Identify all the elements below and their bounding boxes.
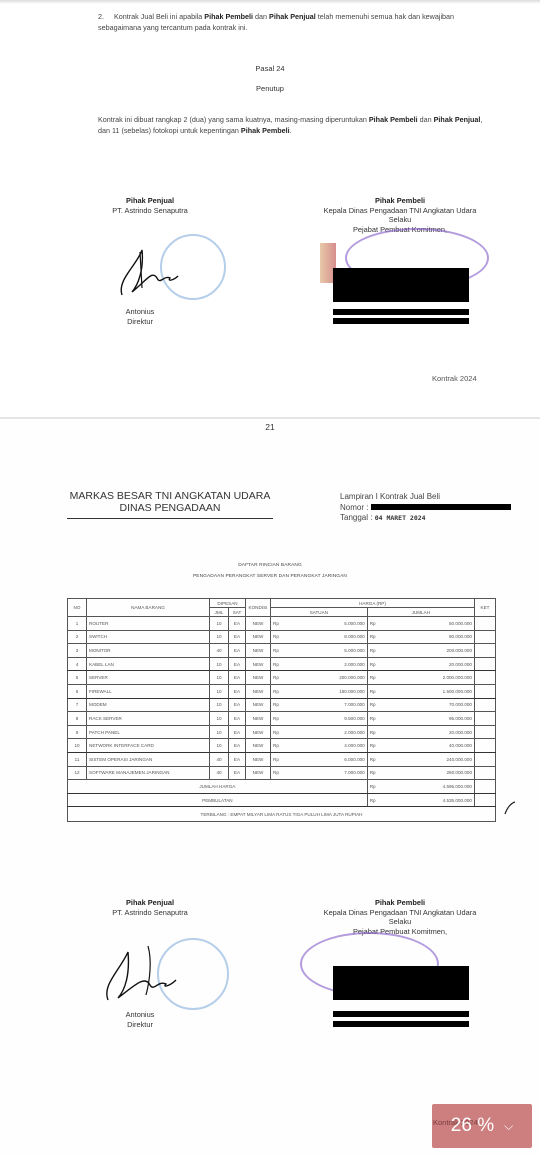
- row-currency: Rp: [271, 752, 286, 766]
- row-jml: 40: [210, 752, 229, 766]
- row-ket: [475, 725, 496, 739]
- row-nama: RACK SERVER: [87, 712, 210, 726]
- row-currency: Rp: [367, 712, 382, 726]
- row-ket: [475, 698, 496, 712]
- row-kondisi: NEW: [246, 684, 271, 698]
- row-satuan: 200.000.000: [285, 671, 367, 685]
- row-currency: Rp: [271, 698, 286, 712]
- row-ket: [475, 657, 496, 671]
- row-jumlah: 95.000.000: [382, 712, 475, 726]
- row-kondisi: NEW: [246, 657, 271, 671]
- zoom-level-button[interactable]: Kontrak 2024 26 % ⌵: [432, 1104, 532, 1148]
- col-kondisi: KONDISI: [246, 599, 271, 617]
- seller-title: Direktur: [100, 1020, 180, 1030]
- row-sat: EA: [229, 617, 246, 631]
- clause-number: 2.: [98, 12, 104, 21]
- pasal-title: Penutup: [0, 84, 540, 93]
- row-jumlah: 20.000.000: [382, 725, 475, 739]
- row-nama: SOFTWARE MANAJEMEN JARINGAN: [87, 766, 210, 780]
- row-jumlah: 50.000.000: [382, 617, 475, 631]
- row-ket: [475, 630, 496, 644]
- buyer-heading: Pihak Pembeli: [300, 898, 500, 908]
- row-kondisi: NEW: [246, 630, 271, 644]
- tanggal-value: 04 MARET 2024: [375, 514, 426, 522]
- org-line1: MARKAS BESAR TNI ANGKATAN UDARA: [60, 490, 280, 502]
- row-ket: [475, 671, 496, 685]
- buyer-heading-block-2: Pihak Pembeli Kepala Dinas Pengadaan TNI…: [300, 898, 500, 936]
- items-table-body: 1ROUTER10EANEWRp5.000.000Rp50.000.0002SW…: [68, 617, 496, 780]
- row-currency: Rp: [271, 739, 286, 753]
- seller-signature: [112, 240, 182, 302]
- table-row: 4KABEL LAN10EANEWRp2.000.000Rp20.000.000: [68, 657, 496, 671]
- seller-signer-2: Antonius Direktur: [100, 1010, 180, 1029]
- row-satuan: 2.000.000: [285, 657, 367, 671]
- row-no: 8: [68, 712, 87, 726]
- row-sat: EA: [229, 712, 246, 726]
- row-jumlah: 70.000.000: [382, 698, 475, 712]
- table-row: 12SOFTWARE MANAJEMEN JARINGAN40EANEWRp7.…: [68, 766, 496, 780]
- pembulatan-value: 4.535.000.000: [382, 793, 475, 807]
- table-row: 11SISTEM OPERASI JARINGAN40EANEWRp6.000.…: [68, 752, 496, 766]
- row-nama: PATCH PANEL: [87, 725, 210, 739]
- row-jml: 10: [210, 617, 229, 631]
- closing-paragraph: Kontrak ini dibuat rangkap 2 (dua) yang …: [98, 114, 486, 136]
- row-sat: EA: [229, 671, 246, 685]
- jumlah-harga-value: 4.595.000.000: [382, 780, 475, 794]
- row-nama: ROUTER: [87, 617, 210, 631]
- row-satuan: 5.000.000: [285, 617, 367, 631]
- table-row: 9PATCH PANEL10EANEWRp2.000.000Rp20.000.0…: [68, 725, 496, 739]
- row-kondisi: NEW: [246, 752, 271, 766]
- row-sat: EA: [229, 698, 246, 712]
- row-currency: Rp: [367, 644, 382, 658]
- row-kondisi: NEW: [246, 739, 271, 753]
- reference-block: Lampiran I Kontrak Jual Beli Nomor : Tan…: [340, 492, 511, 524]
- row-nama: FIREWALL: [87, 684, 210, 698]
- row-kondisi: NEW: [246, 712, 271, 726]
- row-currency: Rp: [367, 684, 382, 698]
- row-jml: 10: [210, 657, 229, 671]
- zoom-level-value: 26 %: [451, 1115, 494, 1137]
- row-sat: EA: [229, 766, 246, 780]
- row-ket: [475, 644, 496, 658]
- table-row: 7MODEM10EANEWRp7.000.000Rp70.000.000: [68, 698, 496, 712]
- row-currency: Rp: [367, 657, 382, 671]
- row-nama: SERVER: [87, 671, 210, 685]
- row-currency: Rp: [367, 752, 382, 766]
- redacted-signature: [333, 268, 469, 302]
- row-currency: Rp: [271, 684, 286, 698]
- row-jumlah: 20.000.000: [382, 657, 475, 671]
- row-no: 3: [68, 644, 87, 658]
- row-ket: [475, 712, 496, 726]
- row-no: 2: [68, 630, 87, 644]
- row-no: 10: [68, 739, 87, 753]
- table-row: 1ROUTER10EANEWRp5.000.000Rp50.000.000: [68, 617, 496, 631]
- col-satuan: SATUAN: [271, 608, 368, 617]
- row-sat: EA: [229, 725, 246, 739]
- pembulatan-row: PEMBULATAN Rp 4.535.000.000: [68, 793, 496, 807]
- table-title: DAFTAR RINCIAN BARANG: [0, 563, 540, 568]
- nomor-row: Nomor :: [340, 503, 511, 514]
- row-ket: [475, 739, 496, 753]
- col-jumlah: JUMLAH: [367, 608, 474, 617]
- table-row: 6FIREWALL10EANEWRp150.000.000Rp1.500.000…: [68, 684, 496, 698]
- col-ket: KET: [475, 599, 496, 617]
- row-currency: Rp: [367, 725, 382, 739]
- row-currency: Rp: [271, 630, 286, 644]
- terbilang-row: TERBILANG : EMPAT MILYAR LIMA RATUS TIGA…: [68, 807, 496, 822]
- row-currency: Rp: [367, 739, 382, 753]
- redacted-rank: [333, 1021, 469, 1027]
- col-no: NO: [68, 599, 87, 617]
- document-page-previous: 2. Kontrak Jual Beli ini apabila Pihak P…: [0, 0, 540, 418]
- row-ket: [475, 766, 496, 780]
- seller-company: PT. Astrindo Senaputra: [80, 206, 220, 216]
- redacted-nomor: [371, 504, 511, 510]
- row-kondisi: NEW: [246, 671, 271, 685]
- row-jumlah: 40.000.000: [382, 739, 475, 753]
- row-no: 7: [68, 698, 87, 712]
- col-dipesan: DIPESAN: [210, 599, 246, 608]
- org-underline: [67, 518, 273, 519]
- row-ket: [475, 617, 496, 631]
- total-row: JUMLAH HARGA Rp 4.595.000.000: [68, 780, 496, 794]
- row-nama: KABEL LAN: [87, 657, 210, 671]
- row-sat: EA: [229, 752, 246, 766]
- row-jml: 10: [210, 671, 229, 685]
- buyer-line1: Kepala Dinas Pengadaan TNI Angkatan Udar…: [300, 206, 500, 216]
- row-no: 1: [68, 617, 87, 631]
- seller-company: PT. Astrindo Senaputra: [80, 908, 220, 918]
- row-currency: Rp: [367, 766, 382, 780]
- seller-title: Direktur: [100, 317, 180, 327]
- terbilang-text: TERBILANG : EMPAT MILYAR LIMA RATUS TIGA…: [68, 807, 496, 822]
- row-ket: [475, 752, 496, 766]
- row-kondisi: NEW: [246, 644, 271, 658]
- row-sat: EA: [229, 644, 246, 658]
- org-header: MARKAS BESAR TNI ANGKATAN UDARA DINAS PE…: [60, 490, 280, 519]
- chevron-down-icon: ⌵: [504, 1119, 513, 1134]
- row-currency: Rp: [367, 617, 382, 631]
- row-currency: Rp: [271, 766, 286, 780]
- row-jumlah: 2.000.000.000: [382, 671, 475, 685]
- buyer-heading: Pihak Pembeli: [300, 196, 500, 206]
- table-row: 3MONITOR40EANEWRp5.000.000Rp200.000.000: [68, 644, 496, 658]
- buyer-line1: Kepala Dinas Pengadaan TNI Angkatan Udar…: [300, 908, 500, 918]
- row-nama: SWITCH: [87, 630, 210, 644]
- row-satuan: 7.000.000: [285, 698, 367, 712]
- row-currency: Rp: [367, 671, 382, 685]
- row-satuan: 150.000.000: [285, 684, 367, 698]
- row-sat: EA: [229, 630, 246, 644]
- redacted-signature: [333, 966, 469, 1000]
- row-sat: EA: [229, 657, 246, 671]
- row-kondisi: NEW: [246, 766, 271, 780]
- row-satuan: 6.000.000: [285, 752, 367, 766]
- row-nama: NETWORK INTERFACE CARD: [87, 739, 210, 753]
- row-kondisi: NEW: [246, 725, 271, 739]
- row-kondisi: NEW: [246, 617, 271, 631]
- row-currency: Rp: [271, 712, 286, 726]
- seller-heading: Pihak Penjual: [80, 898, 220, 908]
- seller-signature: [100, 940, 180, 1008]
- row-no: 4: [68, 657, 87, 671]
- lampiran: Lampiran I Kontrak Jual Beli: [340, 492, 511, 503]
- row-currency: Rp: [367, 630, 382, 644]
- row-currency: Rp: [271, 617, 286, 631]
- page-number: 21: [0, 422, 540, 432]
- row-currency: Rp: [271, 657, 286, 671]
- row-nama: SISTEM OPERASI JARINGAN: [87, 752, 210, 766]
- row-currency: Rp: [367, 698, 382, 712]
- table-subtitle: PENGADAAN PERANGKAT SERVER DAN PERANGKAT…: [0, 574, 540, 579]
- row-sat: EA: [229, 739, 246, 753]
- redacted-rank: [333, 318, 469, 324]
- jumlah-harga-label: JUMLAH HARGA: [68, 780, 368, 794]
- row-ket: [475, 684, 496, 698]
- redacted-name: [333, 1011, 469, 1017]
- row-jumlah: 200.000.000: [382, 644, 475, 658]
- pasal-number: Pasal 24: [0, 64, 540, 73]
- seller-name: Antonius: [100, 1010, 180, 1020]
- row-currency: Rp: [271, 671, 286, 685]
- row-currency: Rp: [271, 644, 286, 658]
- row-jml: 40: [210, 644, 229, 658]
- row-satuan: 2.000.000: [285, 725, 367, 739]
- row-jml: 10: [210, 725, 229, 739]
- row-no: 12: [68, 766, 87, 780]
- row-kondisi: NEW: [246, 698, 271, 712]
- seller-signer: Antonius Direktur: [100, 307, 180, 326]
- row-satuan: 4.000.000: [285, 739, 367, 753]
- pen-mark: [503, 800, 517, 816]
- buyer-line2: Selaku: [300, 917, 500, 927]
- table-row: 5SERVER10EANEWRp200.000.000Rp2.000.000.0…: [68, 671, 496, 685]
- row-no: 9: [68, 725, 87, 739]
- row-jml: 40: [210, 766, 229, 780]
- row-satuan: 5.000.000: [285, 644, 367, 658]
- row-jumlah: 1.500.000.000: [382, 684, 475, 698]
- row-nama: MODEM: [87, 698, 210, 712]
- col-harga: HARGA (RP): [271, 599, 475, 608]
- pembulatan-label: PEMBULATAN: [68, 793, 368, 807]
- row-jml: 10: [210, 712, 229, 726]
- row-jumlah: 80.000.000: [382, 630, 475, 644]
- table-row: 2SWITCH10EANEWRp8.000.000Rp80.000.000: [68, 630, 496, 644]
- row-currency: Rp: [271, 725, 286, 739]
- row-satuan: 7.000.000: [285, 766, 367, 780]
- col-jml: JML: [210, 608, 229, 617]
- col-sat: SAT: [229, 608, 246, 617]
- row-jml: 10: [210, 684, 229, 698]
- seller-heading-block: Pihak Penjual PT. Astrindo Senaputra: [80, 196, 220, 215]
- redacted-name: [333, 309, 469, 315]
- org-line2: DINAS PENGADAAN: [60, 502, 280, 514]
- buyer-line2: Selaku: [300, 215, 500, 225]
- row-sat: EA: [229, 684, 246, 698]
- tanggal-row: Tanggal : 04 MARET 2024: [340, 513, 511, 524]
- col-nama: NAMA BARANG: [87, 599, 210, 617]
- row-satuan: 8.000.000: [285, 630, 367, 644]
- clause-2: 2. Kontrak Jual Beli ini apabila Pihak P…: [98, 11, 486, 33]
- row-satuan: 9.500.000: [285, 712, 367, 726]
- row-nama: MONITOR: [87, 644, 210, 658]
- page-footer: Kontrak 2024: [432, 374, 477, 383]
- seller-heading-block-2: Pihak Penjual PT. Astrindo Senaputra: [80, 898, 220, 917]
- row-no: 5: [68, 671, 87, 685]
- row-jml: 10: [210, 739, 229, 753]
- row-jumlah: 240.000.000: [382, 752, 475, 766]
- seller-heading: Pihak Penjual: [80, 196, 220, 206]
- table-row: 8RACK SERVER10EANEWRp9.500.000Rp95.000.0…: [68, 712, 496, 726]
- row-no: 6: [68, 684, 87, 698]
- row-jml: 10: [210, 698, 229, 712]
- row-jumlah: 280.000.000: [382, 766, 475, 780]
- seller-name: Antonius: [100, 307, 180, 317]
- items-table: NO NAMA BARANG DIPESAN KONDISI HARGA (RP…: [67, 598, 496, 822]
- row-no: 11: [68, 752, 87, 766]
- table-row: 10NETWORK INTERFACE CARD10EANEWRp4.000.0…: [68, 739, 496, 753]
- row-jml: 10: [210, 630, 229, 644]
- top-shadow: [0, 0, 540, 4]
